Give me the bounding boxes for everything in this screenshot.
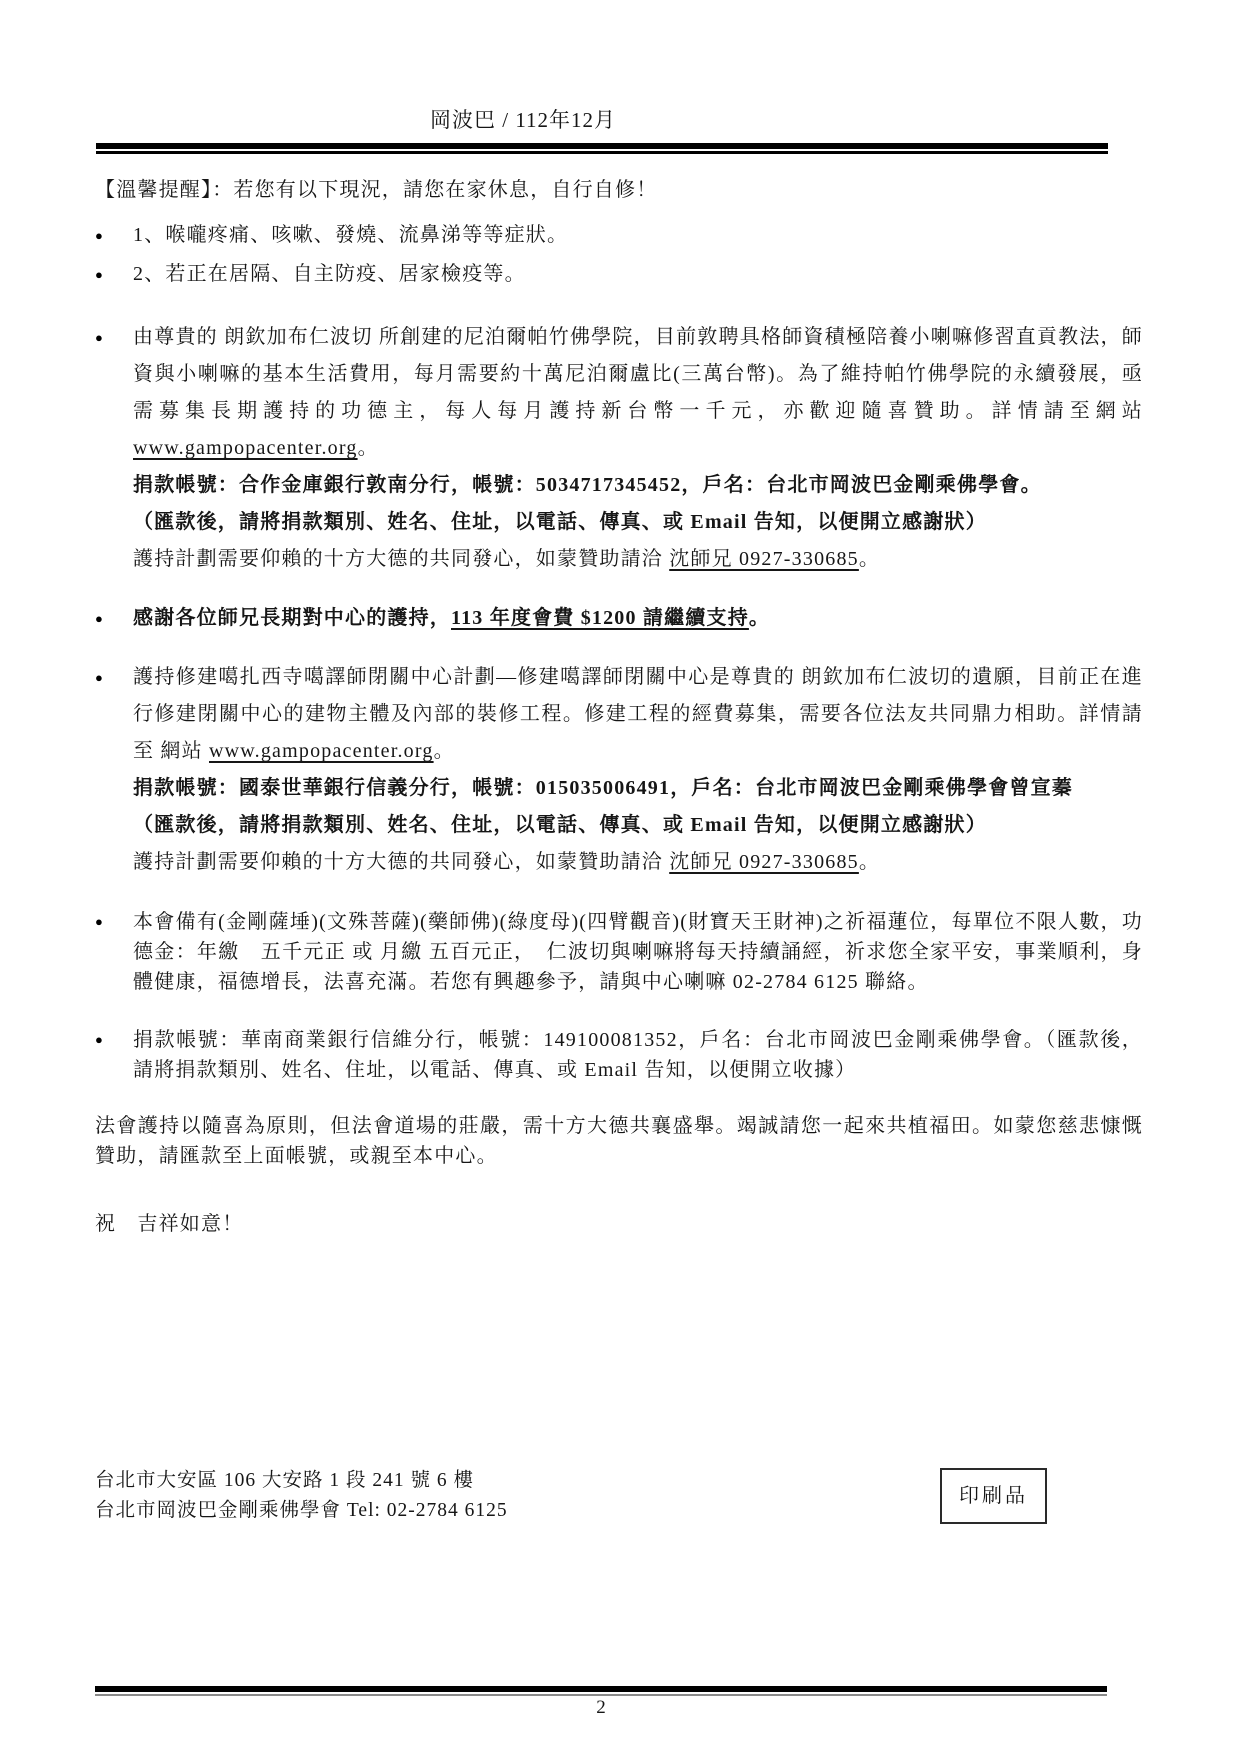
- text-segment: 捐款帳號：華南商業銀行信維分行，帳號：149100081352，戶名：台北市岡波…: [133, 1029, 1143, 1081]
- paragraph-text: 護持修建噶扎西寺噶譯師閉關中心計劃—修建噶譯師閉關中心是尊貴的 朗欽加布仁波切的…: [133, 659, 1143, 881]
- bullet-icon: ●: [95, 217, 133, 254]
- page-bottom: 2: [95, 1686, 1107, 1719]
- bottom-rule-thick: [95, 1686, 1107, 1692]
- bullet-icon: ●: [95, 659, 133, 881]
- paragraph-line: 法會護持以隨喜為原則，但法會道場的莊嚴，需十方大德共襄盛舉。竭誠請您一起來共植福…: [95, 1111, 1143, 1171]
- text-segment: 本會備有(金剛薩埵)(文殊菩薩)(藥師佛)(綠度母)(四臂觀音)(財寶天王財神)…: [133, 911, 1143, 993]
- symptom-bullet-1: ●1、喉嚨疼痛、咳嗽、發燒、流鼻涕等等症狀。: [95, 217, 1143, 254]
- text-segment: 護持計劃需要仰賴的十方大德的共同發心，如蒙贊助請洽: [133, 851, 669, 873]
- text-segment: （匯款後，請將捐款類別、姓名、住址，以電話、傳真、或 Email 告知，以便開立…: [133, 511, 987, 533]
- paragraph-text: 1、喉嚨疼痛、咳嗽、發燒、流鼻涕等等症狀。: [133, 217, 1143, 254]
- bullet-icon: ●: [95, 1025, 133, 1085]
- paragraph-line: 護持修建噶扎西寺噶譯師閉關中心計劃—修建噶譯師閉關中心是尊貴的 朗欽加布仁波切的…: [133, 659, 1143, 770]
- membership-fee-bullet: ●感謝各位師兄長期對中心的護持，113 年度會費 $1200 請繼續支持。: [95, 600, 1143, 637]
- header-title: 岡波巴 / 112年12月: [0, 0, 1240, 134]
- text-segment: 感謝各位師兄長期對中心的護持，: [133, 607, 451, 629]
- paragraph-line: 2、若正在居隔、自主防疫、居家檢疫等。: [133, 256, 1143, 293]
- paragraph-line: 感謝各位師兄長期對中心的護持，113 年度會費 $1200 請繼續支持。: [133, 600, 1143, 637]
- paragraph-text: 2、若正在居隔、自主防疫、居家檢疫等。: [133, 256, 1143, 293]
- remittance-note-line: （匯款後，請將捐款類別、姓名、住址，以電話、傳真、或 Email 告知，以便開立…: [133, 504, 1143, 541]
- contact-line: 護持計劃需要仰賴的十方大德的共同發心，如蒙贊助請洽 沈師兄 0927-33068…: [133, 541, 1143, 578]
- bullet-icon: ●: [95, 256, 133, 293]
- address-block: 台北市大安區 106 大安路 1 段 241 號 6 樓 台北市岡波巴金剛乘佛學…: [95, 1466, 508, 1526]
- printed-matter-stamp: 印刷品: [940, 1468, 1047, 1524]
- paragraph-text: 捐款帳號：華南商業銀行信維分行，帳號：149100081352，戶名：台北市岡波…: [133, 1025, 1143, 1085]
- remittance-note-line: （匯款後，請將捐款類別、姓名、住址，以電話、傳真、或 Email 告知，以便開立…: [133, 807, 1143, 844]
- website-url: www.gampopacenter.org: [133, 437, 358, 459]
- donation-account-line: 捐款帳號：合作金庫銀行敦南分行，帳號：5034717345452，戶名：台北市岡…: [133, 467, 1143, 504]
- paragraph-line: 【溫馨提醒】：若您有以下現況，請您在家休息，自行自修！: [95, 172, 1143, 209]
- bottom-rule-thin: [95, 1694, 1107, 1696]
- blessing-lotus-seat-bullet: ●本會備有(金剛薩埵)(文殊菩薩)(藥師佛)(綠度母)(四臂觀音)(財寶天王財神…: [95, 907, 1143, 997]
- text-segment: （匯款後，請將捐款類別、姓名、住址，以電話、傳真、或 Email 告知，以便開立…: [133, 814, 987, 836]
- text-segment: 祝 吉祥如意！: [95, 1213, 243, 1235]
- paragraph-line: 祝 吉祥如意！: [95, 1209, 1143, 1239]
- header-rule: [96, 143, 1108, 154]
- document-body: 【溫馨提醒】：若您有以下現況，請您在家休息，自行自修！●1、喉嚨疼痛、咳嗽、發燒…: [0, 154, 1240, 1239]
- notice-heading: 【溫馨提醒】：若您有以下現況，請您在家休息，自行自修！: [95, 172, 1143, 209]
- text-segment: 捐款帳號：合作金庫銀行敦南分行，帳號：5034717345452，戶名：台北市岡…: [133, 474, 1042, 496]
- contact-phone: 沈師兄 0927-330685: [669, 548, 859, 570]
- page-header: 岡波巴 / 112年12月: [0, 0, 1240, 154]
- paragraph-text: 本會備有(金剛薩埵)(文殊菩薩)(藥師佛)(綠度母)(四臂觀音)(財寶天王財神)…: [133, 907, 1143, 997]
- paragraph-text: 祝 吉祥如意！: [95, 1209, 1143, 1239]
- retreat-center-bullet: ●護持修建噶扎西寺噶譯師閉關中心計劃—修建噶譯師閉關中心是尊貴的 朗欽加布仁波切…: [95, 659, 1143, 881]
- address-line-1: 台北市大安區 106 大安路 1 段 241 號 6 樓: [95, 1466, 508, 1496]
- text-segment: 。: [859, 548, 880, 570]
- text-segment: 。: [358, 437, 379, 459]
- patruk-institute-bullet: ●由尊貴的 朗欽加布仁波切 所創建的尼泊爾帕竹佛學院，目前敦聘具格師資積極陪養小…: [95, 319, 1143, 578]
- contact-phone: 沈師兄 0927-330685: [669, 851, 859, 873]
- text-segment: 。: [859, 851, 880, 873]
- text-segment: 。: [749, 607, 770, 629]
- bullet-icon: ●: [95, 600, 133, 637]
- bottom-rule: [95, 1686, 1107, 1696]
- paragraph-text: 法會護持以隨喜為原則，但法會道場的莊嚴，需十方大德共襄盛舉。竭誠請您一起來共植福…: [95, 1111, 1143, 1171]
- contact-line: 護持計劃需要仰賴的十方大德的共同發心，如蒙贊助請洽 沈師兄 0927-33068…: [133, 844, 1143, 881]
- text-segment: 2、若正在居隔、自主防疫、居家檢疫等。: [133, 263, 526, 285]
- address-line-2: 台北市岡波巴金剛乘佛學會 Tel: 02-2784 6125: [95, 1496, 508, 1526]
- paragraph-line: 1、喉嚨疼痛、咳嗽、發燒、流鼻涕等等症狀。: [133, 217, 1143, 254]
- paragraph-text: 感謝各位師兄長期對中心的護持，113 年度會費 $1200 請繼續支持。: [133, 600, 1143, 637]
- page-number: 2: [95, 1697, 1107, 1719]
- bullet-icon: ●: [95, 319, 133, 578]
- paragraph-line: 捐款帳號：華南商業銀行信維分行，帳號：149100081352，戶名：台北市岡波…: [133, 1025, 1143, 1085]
- paragraph-line: 由尊貴的 朗欽加布仁波切 所創建的尼泊爾帕竹佛學院，目前敦聘具格師資積極陪養小喇…: [133, 319, 1143, 467]
- symptom-bullet-2: ●2、若正在居隔、自主防疫、居家檢疫等。: [95, 256, 1143, 293]
- document-page: 岡波巴 / 112年12月 【溫馨提醒】：若您有以下現況，請您在家休息，自行自修…: [0, 0, 1240, 1754]
- text-segment: 由尊貴的 朗欽加布仁波切 所創建的尼泊爾帕竹佛學院，目前敦聘具格師資積極陪養小喇…: [133, 326, 1143, 422]
- paragraph-line: 本會備有(金剛薩埵)(文殊菩薩)(藥師佛)(綠度母)(四臂觀音)(財寶天王財神)…: [133, 907, 1143, 997]
- paragraph-text: 由尊貴的 朗欽加布仁波切 所創建的尼泊爾帕竹佛學院，目前敦聘具格師資積極陪養小喇…: [133, 319, 1143, 578]
- dharma-support-paragraph: 法會護持以隨喜為原則，但法會道場的莊嚴，需十方大德共襄盛舉。竭誠請您一起來共植福…: [95, 1111, 1143, 1171]
- page-footer: 台北市大安區 106 大安路 1 段 241 號 6 樓 台北市岡波巴金剛乘佛學…: [95, 1466, 1143, 1526]
- text-segment: 法會護持以隨喜為原則，但法會道場的莊嚴，需十方大德共襄盛舉。竭誠請您一起來共植福…: [95, 1115, 1143, 1167]
- bullet-icon: ●: [95, 907, 133, 997]
- text-segment: 1、喉嚨疼痛、咳嗽、發燒、流鼻涕等等症狀。: [133, 224, 568, 246]
- huanan-donation-bullet: ●捐款帳號：華南商業銀行信維分行，帳號：149100081352，戶名：台北市岡…: [95, 1025, 1143, 1085]
- closing-wish: 祝 吉祥如意！: [95, 1209, 1143, 1239]
- text-segment: 。: [434, 740, 455, 762]
- text-segment: 護持計劃需要仰賴的十方大德的共同發心，如蒙贊助請洽: [133, 548, 669, 570]
- website-url: www.gampopacenter.org: [209, 740, 434, 762]
- donation-account-line: 捐款帳號：國泰世華銀行信義分行，帳號：015035006491，戶名：台北市岡波…: [133, 770, 1143, 807]
- membership-fee: 113 年度會費 $1200 請繼續支持: [451, 607, 749, 629]
- text-segment: 捐款帳號：國泰世華銀行信義分行，帳號：015035006491，戶名：台北市岡波…: [133, 777, 1073, 799]
- text-segment: 【溫馨提醒】：若您有以下現況，請您在家休息，自行自修！: [95, 179, 657, 201]
- paragraph-text: 【溫馨提醒】：若您有以下現況，請您在家休息，自行自修！: [95, 172, 1143, 209]
